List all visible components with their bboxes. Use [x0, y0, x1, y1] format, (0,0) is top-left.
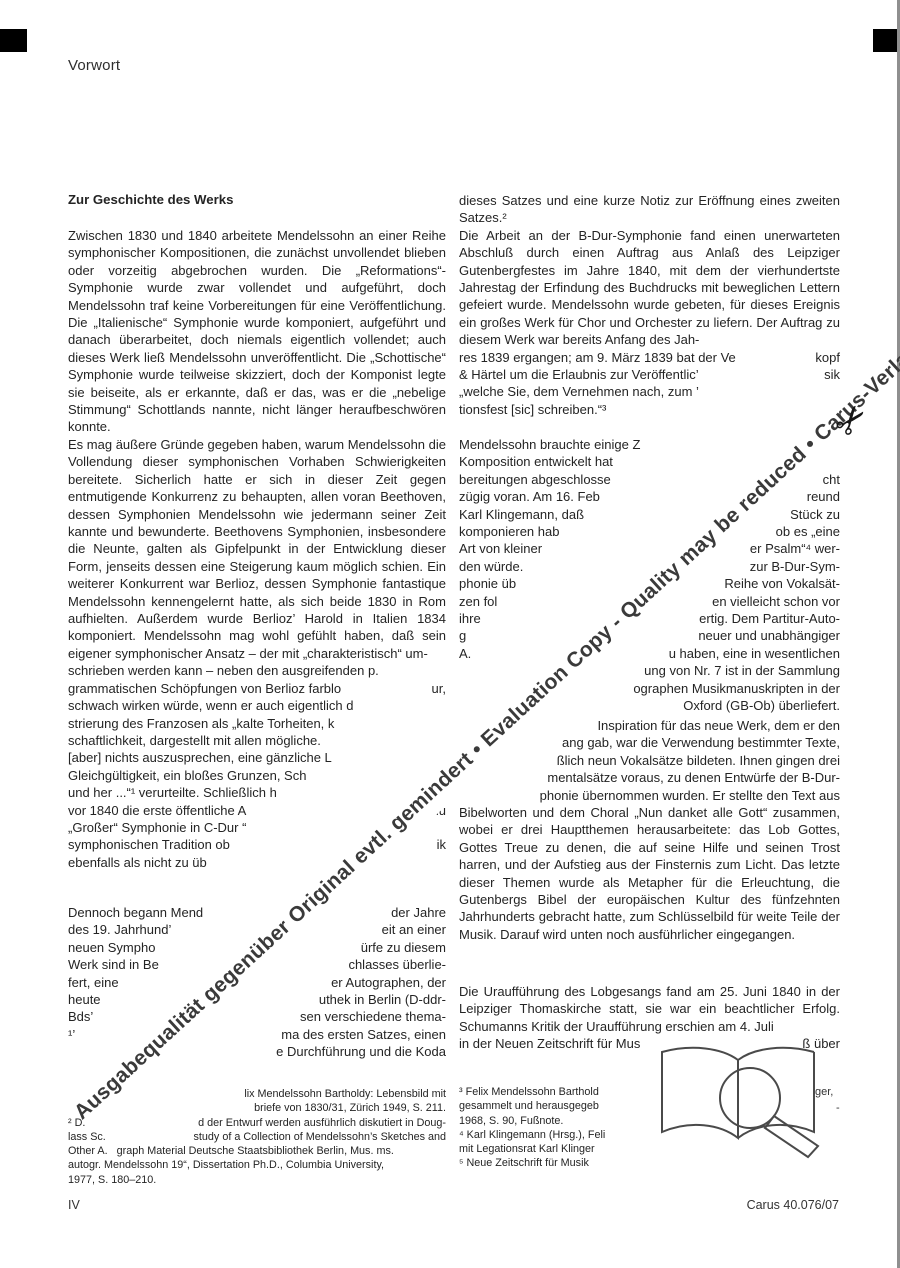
fragment-right: kopf [815, 349, 840, 366]
fragment-left: mit Legationsrat Karl Klinger [459, 1142, 595, 1156]
fragment-left: komponieren hab [459, 523, 559, 540]
fragment-left: A. [459, 645, 471, 662]
fragment-left: symphonischen Tradition ob [68, 836, 230, 853]
footnote-lines: derlix Mendelssohn Bartholdy: Lebensbild… [68, 1087, 446, 1187]
corner-mark-right [873, 29, 900, 52]
carus-book-magnifier-logo [646, 1044, 838, 1166]
fragment-right: ik [437, 836, 446, 853]
fragment-line: schwach wirken würde, wenn er auch eigen… [68, 697, 446, 714]
paragraph-text: Die Arbeit an der B-Dur-Symphonie fand e… [459, 227, 840, 349]
fragment-left: phonie üb [459, 575, 516, 592]
fragment-right: eit an einer [382, 921, 446, 938]
footnote-line: lass Sc.study of a Collection of Mendels… [68, 1130, 446, 1144]
fragment-right: phonie übernommen wurden. Er stellte den… [540, 787, 840, 804]
paragraph-right-3: Inspiration für das neue Werk, dem er de… [459, 717, 840, 943]
page-number: IV [68, 1198, 80, 1212]
fragment-left: g [459, 627, 466, 644]
fragment-line: schrieben werden kann – neben den ausgre… [68, 662, 446, 679]
fragment-left: heute [68, 991, 101, 1008]
footnote-line: autogr. Mendelssohn 19“, Dissertation Ph… [68, 1158, 446, 1172]
fragment-right: uthek in Berlin (D-ddr- [319, 991, 446, 1008]
fragment-left: ¹’ [68, 1026, 75, 1043]
footnote-line: ² D.d der Entwurf werden ausführlich dis… [68, 1116, 446, 1130]
fragment-line: Karl Klingemann, daßStück zu [459, 506, 840, 523]
fragment-left: lass Sc. [68, 1130, 106, 1144]
fragment-left: zügig voran. Am 16. Feb [459, 488, 600, 505]
fragment-left: „welche Sie, dem Vernehmen nach, zum ’ [459, 383, 699, 400]
fragment-left: 1977, S. 180–210. [68, 1173, 156, 1187]
fragment-right: ob es „eine [776, 523, 840, 540]
fragment-line: [aber] nichts auszusprechen, eine gänzli… [68, 749, 446, 766]
fragment-line: phonie übernommen wurden. Er stellte den… [459, 787, 840, 804]
footnote-line: mit Legationsrat Karl Klinger [459, 1142, 674, 1156]
footnote-line: 1968, S. 90, Fußnote. [459, 1114, 674, 1128]
fragment-right: sik [824, 366, 840, 383]
document-page: Vorwort Zur Geschichte des Werks Zwische… [0, 0, 900, 1268]
paragraph-text: Die Uraufführung des Lobgesangs fand am … [459, 983, 840, 1035]
footnotes-left: derlix Mendelssohn Bartholdy: Lebensbild… [68, 1087, 446, 1187]
footnote-line: Other A. graph Material Deutsche Staatsb… [68, 1144, 446, 1158]
footnote-line: 1977, S. 180–210. [68, 1173, 446, 1187]
fragment-left: [aber] nichts auszusprechen, eine gänzli… [68, 749, 332, 766]
fragment-right: mentalsätze voraus, zu denen Entwürfe de… [547, 769, 840, 786]
fragment-right: sen verschiedene thema- [300, 1008, 446, 1025]
section-heading: Zur Geschichte des Werks [68, 192, 446, 207]
footnote-line: ’briefe von 1830/31, Zürich 1949, S. 211… [68, 1101, 446, 1115]
fragment-left: res 1839 ergangen; am 9. März 1839 bat d… [459, 349, 736, 366]
fragment-left: Karl Klingemann, daß [459, 506, 584, 523]
fragment-left: ebenfalls als nicht zu üb [68, 854, 207, 871]
fragment-left: den würde. [459, 558, 523, 575]
magnifier-handle [765, 1116, 818, 1157]
fragment-line: & Härtel um die Erlaubnis zur Veröffentl… [459, 366, 840, 383]
fragment-left: Other A. graph Material Deutsche Staatsb… [68, 1144, 394, 1158]
fragment-right: ertig. Dem Partitur-Auto- [699, 610, 840, 627]
catalog-number: Carus 40.076/07 [639, 1198, 839, 1212]
fragment-left: & Härtel um die Erlaubnis zur Veröffentl… [459, 366, 699, 383]
fragment-left: fert, eine [68, 974, 119, 991]
fragment-left: zen fol [459, 593, 497, 610]
fragment-left: schwach wirken würde, wenn er auch eigen… [68, 697, 353, 714]
fragment-left: neuen Sympho [68, 939, 155, 956]
fragment-line: „welche Sie, dem Vernehmen nach, zum ’ [459, 383, 840, 400]
fragment-left: ⁵ Neue Zeitschrift für Musik [459, 1156, 589, 1170]
fragment-left: schaftlichkeit, dargestellt mit allen mö… [68, 732, 321, 749]
fragment-right: Stück zu [790, 506, 840, 523]
fragment-line: gneuer und unabhängiger [459, 627, 840, 644]
fragment-left: Mendelssohn brauchte einige Z [459, 436, 640, 453]
fragment-left: bereitungen abgeschlosse [459, 471, 611, 488]
fragment-right: reund [807, 488, 840, 505]
fragment-right: lix Mendelssohn Bartholdy: Lebensbild mi… [244, 1087, 446, 1101]
fragment-right: der Jahre [391, 904, 446, 921]
fragment-line: ßlich neun Vokalsätze bildeten. Ihnen gi… [459, 752, 840, 769]
footnote-lines: ³ Felix Mendelssohn Bartholdgesammelt un… [459, 1085, 674, 1171]
fragment-line: mentalsätze voraus, zu denen Entwürfe de… [459, 769, 840, 786]
paragraph-text: dieses Satzes und eine kurze Notiz zur E… [459, 192, 840, 227]
fragment-left: tionsfest [sic] schreiben.“³ [459, 401, 606, 418]
fragment-right: Oxford (GB-Ob) überliefert. [683, 697, 840, 714]
fragment-right: neuer und unabhängiger [698, 627, 840, 644]
footnote-line: ⁵ Neue Zeitschrift für Musik [459, 1156, 674, 1170]
fragment-right: cht [823, 471, 840, 488]
paragraph-right-4: Die Uraufführung des Lobgesangs fand am … [459, 983, 840, 1053]
fragment-left: strierung des Franzosen als „kalte Torhe… [68, 715, 334, 732]
footnote-line: ³ Felix Mendelssohn Barthold [459, 1085, 674, 1099]
fragment-right: u haben, eine in wesentlichen [669, 645, 840, 662]
fragment-right: en vielleicht schon vor [712, 593, 840, 610]
footnotes-right: ³ Felix Mendelssohn Bartholdgesammelt un… [459, 1085, 674, 1171]
fragment-left: ³ Felix Mendelssohn Barthold [459, 1085, 599, 1099]
fragment-left: vor 1840 die erste öffentliche A [68, 802, 246, 819]
fragment-left: in der Neuen Zeitschrift für Mus [459, 1035, 640, 1052]
page-title: Vorwort [68, 57, 120, 74]
fragment-line: grammatischen Schöpfungen von Berlioz fa… [68, 680, 446, 697]
fragment-right: ßlich neun Vokalsätze bildeten. Ihnen gi… [557, 752, 840, 769]
paragraph-text: Bibelworten und dem Choral „Nun danket a… [459, 804, 840, 943]
fragment-right: chlasses überlie- [348, 956, 446, 973]
fragment-line: schaftlichkeit, dargestellt mit allen mö… [68, 732, 446, 749]
footnote-line: ⁴ Karl Klingemann (Hrsg.), Feli [459, 1128, 674, 1142]
fragment-left: 1968, S. 90, Fußnote. [459, 1114, 563, 1128]
fragment-right: Inspiration für das neue Werk, dem er de… [597, 717, 840, 734]
fragment-left: ihre [459, 610, 481, 627]
book-left-page [662, 1048, 738, 1138]
fragment-line: res 1839 ergangen; am 9. März 1839 bat d… [459, 349, 840, 366]
fragment-right: ur, [432, 680, 446, 697]
footnote-line: gesammelt und herausgegeb [459, 1099, 674, 1113]
fragment-line: strierung des Franzosen als „kalte Torhe… [68, 715, 446, 732]
fragment-right: ographen Musikmanuskripten in der [633, 680, 840, 697]
fragment-right: e Durchführung und die Koda [276, 1043, 446, 1060]
fragment-right: Reihe von Vokalsät- [724, 575, 840, 592]
fragment-left: grammatischen Schöpfungen von Berlioz fa… [68, 680, 341, 697]
paragraph-right-1: dieses Satzes und eine kurze Notiz zur E… [459, 192, 840, 418]
fragment-right: study of a Collection of Mendelssohn’s S… [194, 1130, 446, 1144]
fragment-left: und her ...“¹ verurteilte. Schließlich h [68, 784, 277, 801]
fragment-lines: res 1839 ergangen; am 9. März 1839 bat d… [459, 349, 840, 419]
paragraph-history-1: Zwischen 1830 und 1840 arbeitete Mendels… [68, 227, 446, 436]
fragment-left: Bds’ [68, 1008, 93, 1025]
fragment-right: ang gab, war die Verwendung bestimmter T… [562, 734, 840, 751]
fragment-left: Gleichgültigkeit, ein bloßes Grunzen, Sc… [68, 767, 306, 784]
corner-mark-left [0, 29, 27, 52]
fragment-left: „Großer“ Symphonie in C-Dur “ [68, 819, 246, 836]
fragment-left: Dennoch begann Mend [68, 904, 203, 921]
fragment-left: Art von kleiner [459, 540, 542, 557]
book-right-page [738, 1048, 814, 1138]
fragment-line: heuteuthek in Berlin (D-ddr- [68, 991, 446, 1008]
fragment-right: er Psalm“⁴ wer- [750, 540, 840, 557]
fragment-left: Komposition entwickelt hat [459, 453, 613, 470]
paragraph-text: Es mag äußere Gründe gegeben haben, waru… [68, 436, 446, 662]
fragment-left: schrieben werden kann – neben den ausgre… [68, 662, 379, 679]
fragment-right: zur B-Dur-Sym- [750, 558, 840, 575]
fragment-left: gesammelt und herausgegeb [459, 1099, 599, 1113]
fragment-right: ung von Nr. 7 ist in der Sammlung [644, 662, 840, 679]
fragment-right: d der Entwurf werden ausführlich diskuti… [198, 1116, 446, 1130]
fragment-right: er Autographen, der [331, 974, 446, 991]
fragment-left: des 19. Jahrhund’ [68, 921, 171, 938]
fragment-left: autogr. Mendelssohn 19“, Dissertation Ph… [68, 1158, 384, 1172]
fragment-right: ürfe zu diesem [361, 939, 446, 956]
fragment-right: ma des ersten Satzes, einen [281, 1026, 446, 1043]
fragment-right: briefe von 1830/31, Zürich 1949, S. 211. [254, 1101, 446, 1115]
fragment-left: ⁴ Karl Klingemann (Hrsg.), Feli [459, 1128, 605, 1142]
